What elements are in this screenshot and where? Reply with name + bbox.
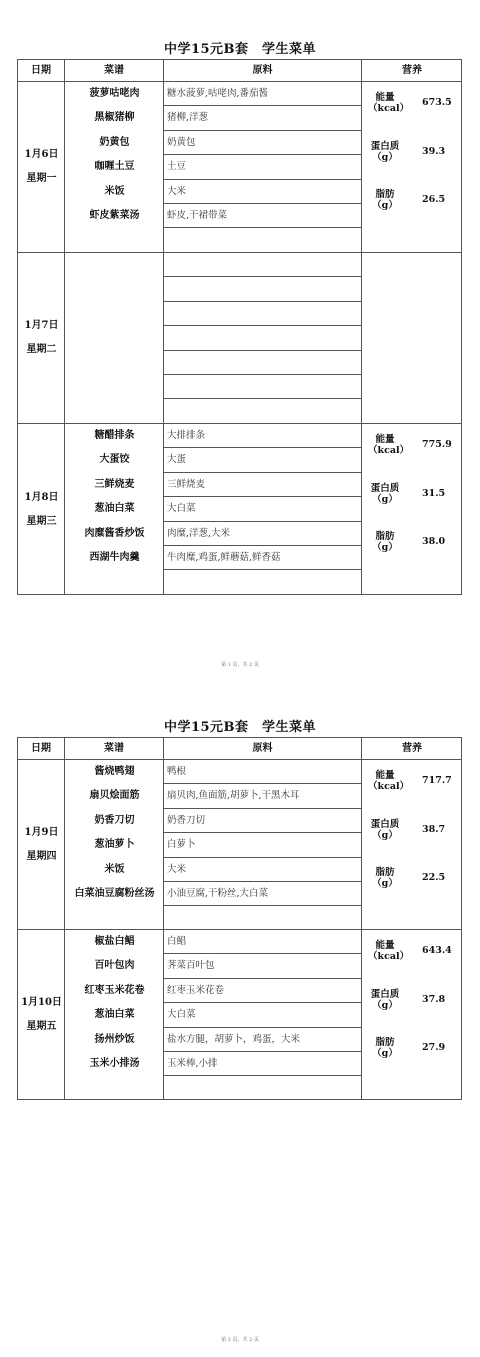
ingredient-cell: 鸭根 xyxy=(164,760,362,784)
dish-name xyxy=(65,351,164,375)
dish-name: 酱烧鸭翅 xyxy=(65,760,164,784)
fat-name: 脂肪 xyxy=(368,189,402,200)
day-date: 1月6日星期一 xyxy=(18,143,65,191)
protein-value: 37.8 xyxy=(422,994,462,1005)
dish-name: 玉米小排汤 xyxy=(65,1052,164,1076)
dish-name: 咖喱土豆 xyxy=(65,155,164,179)
day-block: 1月9日星期四酱烧鸭翅鸭根扇贝烩面筋扇贝肉,鱼面筋,胡萝卜,干黑木耳奶香刀切奶香… xyxy=(18,760,461,930)
dish-name: 红枣玉米花卷 xyxy=(65,979,164,1003)
dish-name: 大蛋饺 xyxy=(65,448,164,472)
ingredient-cell: 糖水菠萝,咕咾肉,番茄酱 xyxy=(164,82,362,106)
dish-name: 白菜油豆腐粉丝汤 xyxy=(65,882,164,906)
page-footer: 第 2 页，共 2 页 xyxy=(0,1336,480,1343)
menu-table: 日期菜谱原料营养1月9日星期四酱烧鸭翅鸭根扇贝烩面筋扇贝肉,鱼面筋,胡萝卜,干黑… xyxy=(17,737,462,1100)
fat-label: 脂肪（g） xyxy=(368,1037,402,1059)
protein-unit: （g） xyxy=(368,152,402,163)
day-date: 1月10日星期五 xyxy=(18,991,65,1039)
ingredient-cell: 虾皮,干裙带菜 xyxy=(164,204,362,228)
fat-value: 27.9 xyxy=(422,1042,462,1053)
dish-name: 椒盐白鲳 xyxy=(65,930,164,954)
header-dish: 菜谱 xyxy=(65,60,163,81)
dish-name xyxy=(65,326,164,350)
weekday-label: 星期三 xyxy=(18,510,65,534)
protein-name: 蛋白质 xyxy=(368,989,402,1000)
energy-value: 643.4 xyxy=(422,945,462,956)
ingredient-cell xyxy=(164,253,362,277)
day-block: 1月10日星期五椒盐白鲳白鲳百叶包肉荠菜百叶包红枣玉米花卷红枣玉米花卷葱油白菜大… xyxy=(18,930,461,1100)
nutrition-panel xyxy=(362,253,462,424)
fat-value: 22.5 xyxy=(422,872,462,883)
ingredient-cell: 玉米棒,小排 xyxy=(164,1052,362,1076)
dish-name: 葱油萝卜 xyxy=(65,833,164,857)
ingredient-cell xyxy=(164,906,362,930)
protein-value: 38.7 xyxy=(422,824,462,835)
ingredient-cell: 肉糜,洋葱,大米 xyxy=(164,522,362,546)
ingredient-cell xyxy=(164,326,362,350)
day-date: 1月9日星期四 xyxy=(18,821,65,869)
dish-name: 肉糜酱香炒饭 xyxy=(65,522,164,546)
energy-value: 717.7 xyxy=(422,775,462,786)
ingredient-cell: 大白菜 xyxy=(164,497,362,521)
day-date: 1月8日星期三 xyxy=(18,486,65,534)
energy-value: 775.9 xyxy=(422,439,462,450)
energy-name: 能量 xyxy=(368,770,402,781)
dish-name: 米饭 xyxy=(65,180,164,204)
dish-name: 虾皮紫菜汤 xyxy=(65,204,164,228)
dish-name xyxy=(65,302,164,326)
weekday-label: 星期五 xyxy=(18,1015,65,1039)
dish-name: 百叶包肉 xyxy=(65,954,164,978)
table-header: 日期菜谱原料营养 xyxy=(18,60,461,82)
fat-label: 脂肪（g） xyxy=(368,531,402,553)
dish-name: 扬州炒饭 xyxy=(65,1028,164,1052)
ingredient-cell: 大蛋 xyxy=(164,448,362,472)
energy-label: 能量（kcal） xyxy=(368,434,402,456)
energy-unit: （kcal） xyxy=(368,781,402,792)
protein-unit: （g） xyxy=(368,1000,402,1011)
protein-label: 蛋白质（g） xyxy=(368,141,402,163)
ingredient-cell: 三鲜烧麦 xyxy=(164,473,362,497)
energy-name: 能量 xyxy=(368,434,402,445)
energy-unit: （kcal） xyxy=(368,103,402,114)
protein-label: 蛋白质（g） xyxy=(368,483,402,505)
energy-label: 能量（kcal） xyxy=(368,770,402,792)
date-label: 1月9日 xyxy=(18,821,65,845)
dish-name: 黑椒猪柳 xyxy=(65,106,164,130)
nutrition-panel: 能量（kcal）775.9蛋白质（g）31.5脂肪（g）38.0 xyxy=(362,424,462,595)
energy-name: 能量 xyxy=(368,92,402,103)
fat-unit: （g） xyxy=(368,878,402,889)
date-label: 1月7日 xyxy=(18,314,65,338)
ingredient-cell xyxy=(164,570,362,594)
fat-name: 脂肪 xyxy=(368,1037,402,1048)
nutrition-panel: 能量（kcal）717.7蛋白质（g）38.7脂肪（g）22.5 xyxy=(362,760,462,930)
page-footer: 第 1 页，共 2 页 xyxy=(0,661,480,668)
protein-value: 39.3 xyxy=(422,146,462,157)
fat-label: 脂肪（g） xyxy=(368,867,402,889)
date-label: 1月8日 xyxy=(18,486,65,510)
fat-name: 脂肪 xyxy=(368,867,402,878)
dish-name xyxy=(65,906,164,930)
header-nutrition: 营养 xyxy=(362,738,462,759)
header-dish: 菜谱 xyxy=(65,738,163,759)
fat-unit: （g） xyxy=(368,1048,402,1059)
protein-label: 蛋白质（g） xyxy=(368,819,402,841)
header-ingredients: 原料 xyxy=(164,60,361,81)
energy-unit: （kcal） xyxy=(368,445,402,456)
page-title: 中学15元B套 学生菜单 xyxy=(0,38,480,57)
ingredient-cell xyxy=(164,228,362,252)
day-block: 1月8日星期三糖醋排条大排排条大蛋饺大蛋三鲜烧麦三鲜烧麦葱油白菜大白菜肉糜酱香炒… xyxy=(18,424,461,595)
dish-name xyxy=(65,277,164,301)
protein-name: 蛋白质 xyxy=(368,483,402,494)
weekday-label: 星期四 xyxy=(18,845,65,869)
weekday-label: 星期二 xyxy=(18,338,65,362)
dish-name xyxy=(65,375,164,399)
dish-name: 葱油白菜 xyxy=(65,497,164,521)
ingredient-cell: 扇贝肉,鱼面筋,胡萝卜,干黑木耳 xyxy=(164,784,362,808)
dish-name: 奶黄包 xyxy=(65,131,164,155)
header-date: 日期 xyxy=(18,60,64,81)
dish-name: 西湖牛肉羹 xyxy=(65,546,164,570)
ingredient-cell: 奶香刀切 xyxy=(164,809,362,833)
dish-name: 葱油白菜 xyxy=(65,1003,164,1027)
fat-name: 脂肪 xyxy=(368,531,402,542)
ingredient-cell xyxy=(164,375,362,399)
day-block: 1月7日星期二 xyxy=(18,253,461,424)
fat-value: 38.0 xyxy=(422,536,462,547)
header-ingredients: 原料 xyxy=(164,738,361,759)
day-block: 1月6日星期一菠萝咕咾肉糖水菠萝,咕咾肉,番茄酱黑椒猪柳猪柳,洋葱奶黄包奶黄包咖… xyxy=(18,82,461,253)
ingredient-cell: 红枣玉米花卷 xyxy=(164,979,362,1003)
fat-label: 脂肪（g） xyxy=(368,189,402,211)
ingredient-cell: 大米 xyxy=(164,858,362,882)
dish-name: 三鲜烧麦 xyxy=(65,473,164,497)
weekday-label: 星期一 xyxy=(18,167,65,191)
protein-name: 蛋白质 xyxy=(368,141,402,152)
ingredient-cell xyxy=(164,277,362,301)
dish-name: 菠萝咕咾肉 xyxy=(65,82,164,106)
protein-unit: （g） xyxy=(368,830,402,841)
ingredient-cell: 猪柳,洋葱 xyxy=(164,106,362,130)
dish-name: 米饭 xyxy=(65,858,164,882)
dish-name: 奶香刀切 xyxy=(65,809,164,833)
ingredient-cell xyxy=(164,302,362,326)
ingredient-cell: 土豆 xyxy=(164,155,362,179)
ingredient-cell: 大白菜 xyxy=(164,1003,362,1027)
ingredient-cell: 奶黄包 xyxy=(164,131,362,155)
dish-name xyxy=(65,399,164,423)
dish-name xyxy=(65,1076,164,1100)
nutrition-panel: 能量（kcal）643.4蛋白质（g）37.8脂肪（g）27.9 xyxy=(362,930,462,1100)
ingredient-cell: 牛肉糜,鸡蛋,鲜蘑菇,鲜香菇 xyxy=(164,546,362,570)
day-date: 1月7日星期二 xyxy=(18,314,65,362)
header-nutrition: 营养 xyxy=(362,60,462,81)
protein-label: 蛋白质（g） xyxy=(368,989,402,1011)
dish-name xyxy=(65,253,164,277)
menu-table: 日期菜谱原料营养1月6日星期一菠萝咕咾肉糖水菠萝,咕咾肉,番茄酱黑椒猪柳猪柳,洋… xyxy=(17,59,462,595)
ingredient-cell: 白萝卜 xyxy=(164,833,362,857)
ingredient-cell: 小油豆腐,干粉丝,大白菜 xyxy=(164,882,362,906)
ingredient-cell xyxy=(164,399,362,423)
ingredient-cell: 白鲳 xyxy=(164,930,362,954)
dish-name: 扇贝烩面筋 xyxy=(65,784,164,808)
nutrition-panel: 能量（kcal）673.5蛋白质（g）39.3脂肪（g）26.5 xyxy=(362,82,462,253)
dish-name xyxy=(65,570,164,594)
energy-unit: （kcal） xyxy=(368,951,402,962)
ingredient-cell xyxy=(164,351,362,375)
energy-label: 能量（kcal） xyxy=(368,940,402,962)
ingredient-cell: 盐水方腿，胡萝卜，鸡蛋，大米 xyxy=(164,1028,362,1052)
ingredient-cell: 荠菜百叶包 xyxy=(164,954,362,978)
ingredient-cell: 大排排条 xyxy=(164,424,362,448)
table-header: 日期菜谱原料营养 xyxy=(18,738,461,760)
ingredient-cell xyxy=(164,1076,362,1100)
fat-unit: （g） xyxy=(368,200,402,211)
date-label: 1月6日 xyxy=(18,143,65,167)
energy-value: 673.5 xyxy=(422,97,462,108)
header-date: 日期 xyxy=(18,738,64,759)
dish-name: 糖醋排条 xyxy=(65,424,164,448)
ingredient-cell: 大米 xyxy=(164,180,362,204)
fat-value: 26.5 xyxy=(422,194,462,205)
energy-name: 能量 xyxy=(368,940,402,951)
date-label: 1月10日 xyxy=(18,991,65,1015)
dish-name xyxy=(65,228,164,252)
protein-unit: （g） xyxy=(368,494,402,505)
fat-unit: （g） xyxy=(368,542,402,553)
protein-name: 蛋白质 xyxy=(368,819,402,830)
page-title: 中学15元B套 学生菜单 xyxy=(0,716,480,735)
energy-label: 能量（kcal） xyxy=(368,92,402,114)
protein-value: 31.5 xyxy=(422,488,462,499)
